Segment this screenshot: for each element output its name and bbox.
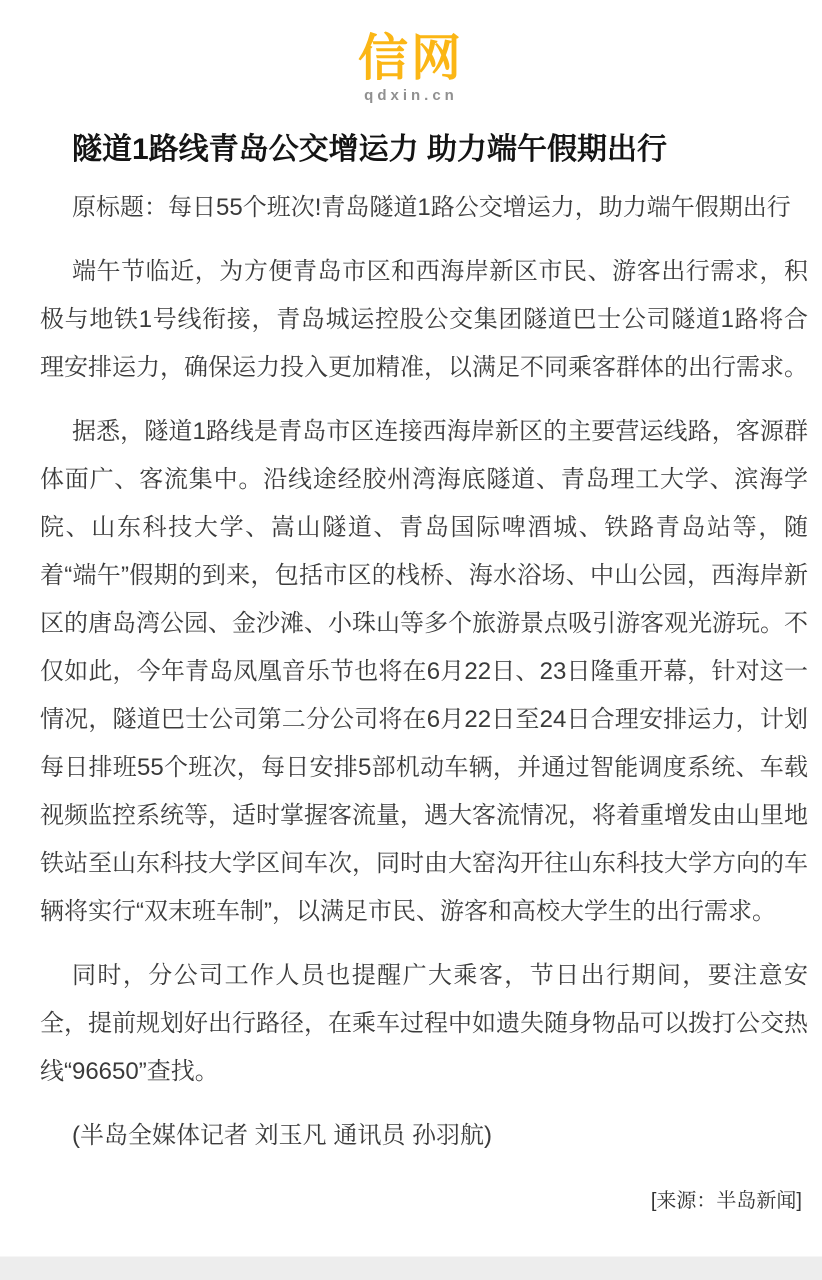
site-logo[interactable]: 信网 qdxin.cn: [358, 32, 464, 103]
article-paragraph: 据悉，隧道1路线是青岛市区连接西海岸新区的主要营运线路，客源群体面广、客流集中。…: [40, 408, 808, 936]
site-header: 信网 qdxin.cn: [0, 0, 822, 104]
article-paragraph: 端午节临近，为方便青岛市区和西海岸新区市民、游客出行需求，积极与地铁1号线衔接，…: [40, 248, 808, 392]
article-title: 隧道1路线青岛公交增运力 助力端午假期出行: [40, 132, 808, 168]
footer-bar: [0, 1256, 822, 1280]
article-paragraph: 同时，分公司工作人员也提醒广大乘客，节日出行期间，要注意安全，提前规划好出行路径…: [40, 952, 808, 1096]
article-paragraph-original-title: 原标题：每日55个班次!青岛隧道1路公交增运力，助力端午假期出行: [40, 184, 808, 232]
site-logo-text: 信网: [358, 32, 464, 85]
article-body: 隧道1路线青岛公交增运力 助力端午假期出行 原标题：每日55个班次!青岛隧道1路…: [0, 132, 822, 1213]
article-source: [来源：半岛新闻]: [40, 1184, 808, 1213]
site-logo-domain: qdxin.cn: [358, 88, 464, 103]
article-byline: (半岛全媒体记者 刘玉凡 通讯员 孙羽航): [40, 1112, 808, 1160]
